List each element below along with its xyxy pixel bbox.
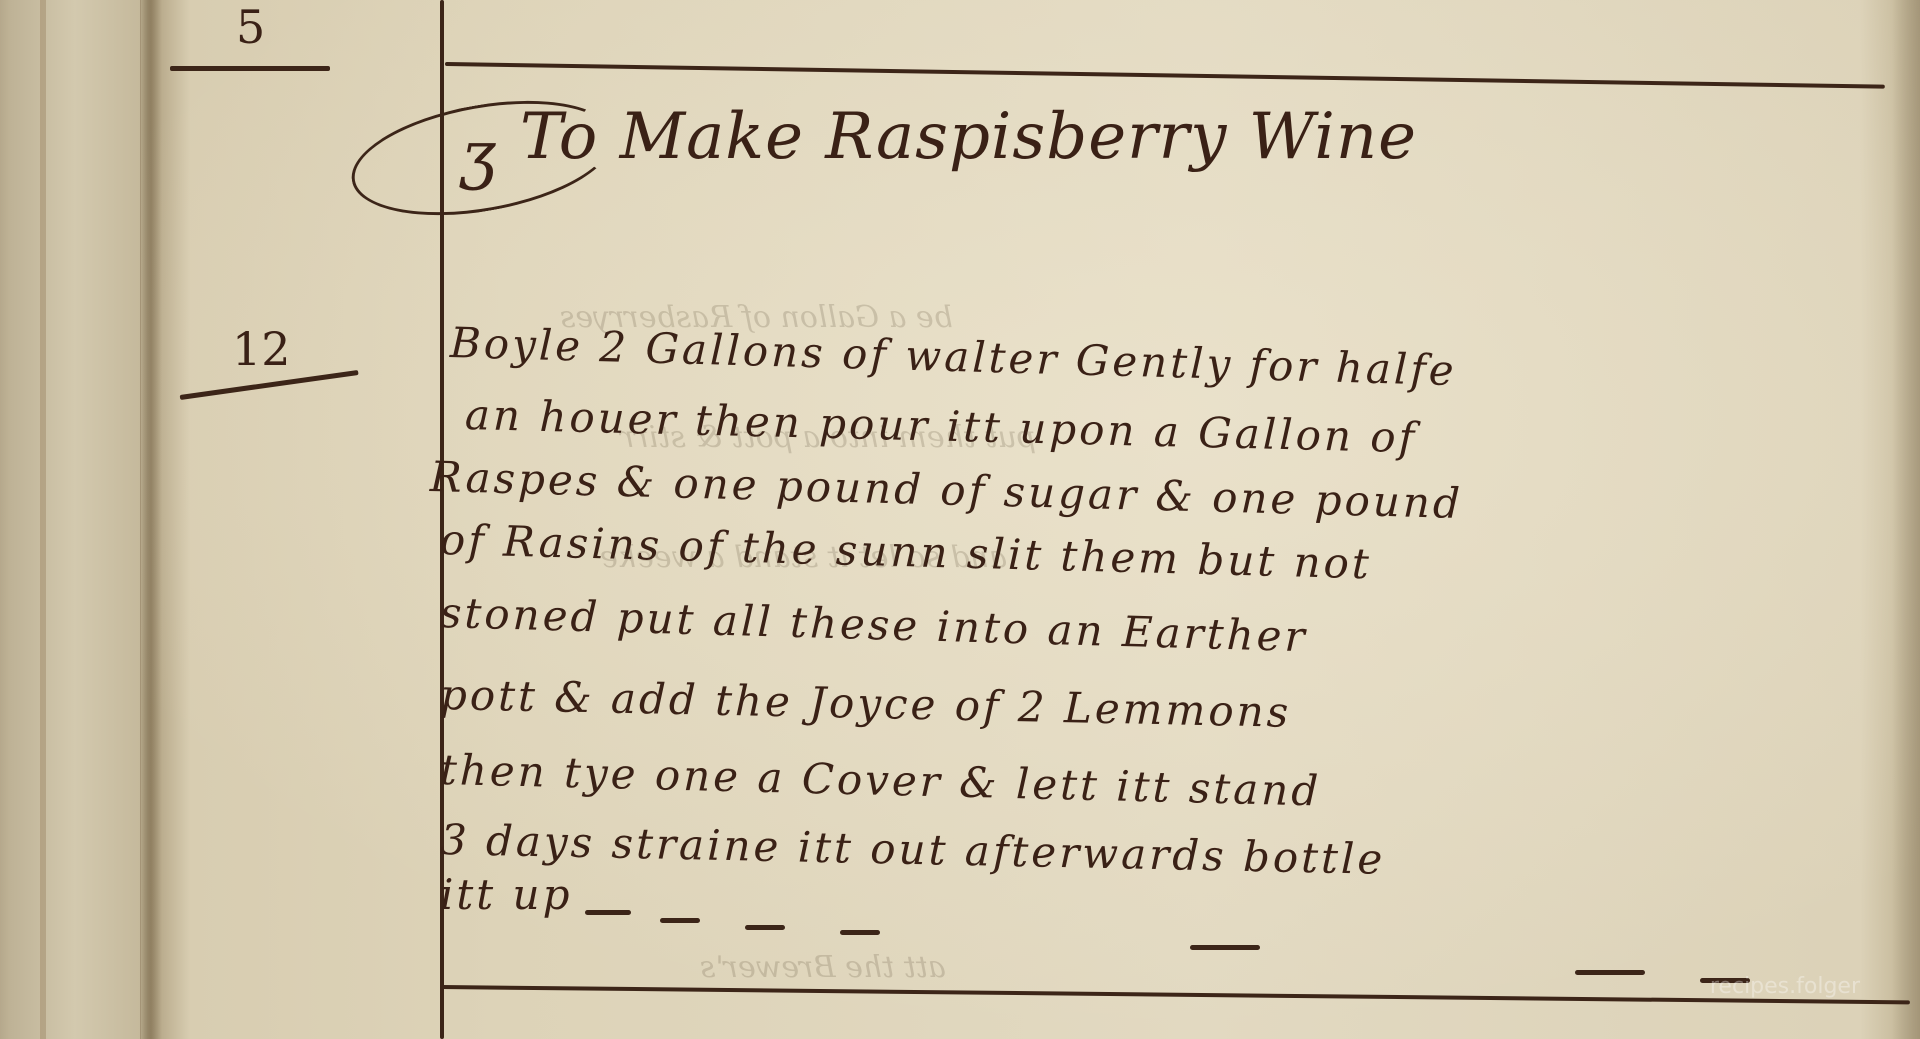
line-fill-dash	[660, 918, 700, 923]
recipe-line: 3 days straine itt out afterwards bottle	[439, 815, 1385, 884]
recipe-line: then tye one a Cover & lett itt stand	[439, 745, 1321, 816]
recipe-title: To Make Raspisberry Wine	[520, 100, 1417, 174]
recipe-number: 12	[232, 322, 291, 376]
page-number-rule	[170, 66, 330, 71]
recipe-line: Boyle 2 Gallons of walter Gently for hal…	[449, 318, 1457, 395]
line-fill-dash	[840, 930, 880, 935]
line-fill-dash	[1575, 970, 1645, 975]
header-rule	[445, 62, 1885, 89]
page-edge	[1892, 0, 1920, 1039]
recipe-line: pott & add the Joyce of 2 Lemmons	[439, 670, 1291, 737]
title-mark: ʒ	[460, 118, 497, 192]
bleed-through-text: att the Brewer's	[700, 950, 946, 985]
footer-rule	[440, 985, 1910, 1004]
manuscript-page: be a Gallon of Rasberryes put them into …	[0, 0, 1920, 1039]
gutter-shadow	[140, 0, 162, 1039]
flap-edge	[40, 0, 46, 1039]
page-number: 5	[236, 0, 265, 54]
binding-flap	[10, 0, 141, 1039]
line-fill-dash	[1190, 945, 1260, 950]
recipe-line: Raspes & one pound of sugar & one pound	[429, 452, 1463, 528]
line-fill-dash	[585, 910, 631, 915]
recipe-line: itt up	[440, 870, 572, 919]
watermark: recipes.folger	[1710, 974, 1860, 999]
recipe-line: of Rasins of the sunn slit them but not	[439, 515, 1372, 588]
line-fill-dash	[745, 925, 785, 930]
recipe-line: stoned put all these into an Earther	[439, 588, 1308, 661]
